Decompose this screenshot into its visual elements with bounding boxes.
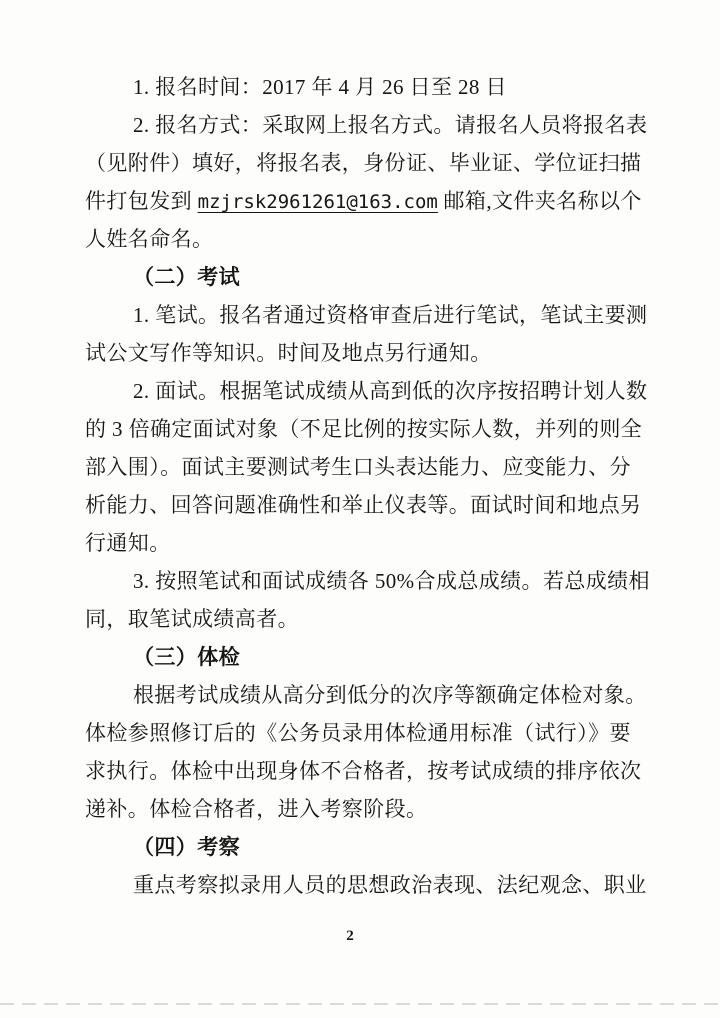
email-address: mzjrsk2961261@163.com <box>198 191 438 213</box>
doc-line-physical-exam: 根据考试成绩从高分到低分的次序等额确定体检对象。 <box>85 676 641 714</box>
email-line: 件打包发到 mzjrsk2961261@163.com 邮箱,文件夹名称以个 <box>85 182 641 220</box>
doc-line: 的 3 倍确定面试对象（不足比例的按实际人数，并列的则全 <box>85 410 641 448</box>
doc-line: 试公文写作等知识。时间及地点另行通知。 <box>85 334 641 372</box>
doc-line: 人姓名命名。 <box>85 220 641 258</box>
section-heading-exam: （二）考试 <box>85 258 641 296</box>
doc-line: 递补。体检合格者，进入考察阶段。 <box>85 790 641 828</box>
doc-line: 行通知。 <box>85 524 641 562</box>
doc-line-written-test: 1. 笔试。报名者通过资格审查后进行笔试，笔试主要测 <box>85 296 641 334</box>
doc-line-interview: 2. 面试。根据笔试成绩从高到低的次序按招聘计划人数 <box>85 372 641 410</box>
doc-line: 部入围）。面试主要测试考生口头表达能力、应变能力、分 <box>85 448 641 486</box>
email-line-post: 邮箱,文件夹名称以个 <box>438 189 642 213</box>
document-body: 1. 报名时间：2017 年 4 月 26 日至 28 日 2. 报名方式：采取… <box>85 68 641 904</box>
doc-line: 同，取笔试成绩高者。 <box>85 600 641 638</box>
doc-line: 求执行。体检中出现身体不合格者，按考试成绩的排序依次 <box>85 752 641 790</box>
doc-line: 体检参照修订后的《公务员录用体检通用标准（试行）》要 <box>85 714 641 752</box>
page-number: 2 <box>0 928 700 945</box>
section-heading-physical-exam: （三）体检 <box>85 638 641 676</box>
doc-line: 析能力、回答问题准确性和举止仪表等。面试时间和地点另 <box>85 486 641 524</box>
scanned-document-page: 1. 报名时间：2017 年 4 月 26 日至 28 日 2. 报名方式：采取… <box>0 0 720 1018</box>
scan-edge-artifact <box>0 1003 720 1005</box>
doc-line-registration-time: 1. 报名时间：2017 年 4 月 26 日至 28 日 <box>85 68 641 106</box>
doc-line-inspection: 重点考察拟录用人员的思想政治表现、法纪观念、职业 <box>85 866 641 904</box>
section-heading-inspection: （四）考察 <box>85 828 641 866</box>
doc-line: （见附件）填好，将报名表，身份证、毕业证、学位证扫描 <box>85 144 641 182</box>
email-line-pre: 件打包发到 <box>85 189 198 213</box>
doc-line-score-composition: 3. 按照笔试和面试成绩各 50%合成总成绩。若总成绩相 <box>85 562 641 600</box>
doc-line-registration-method: 2. 报名方式：采取网上报名方式。请报名人员将报名表 <box>85 106 641 144</box>
